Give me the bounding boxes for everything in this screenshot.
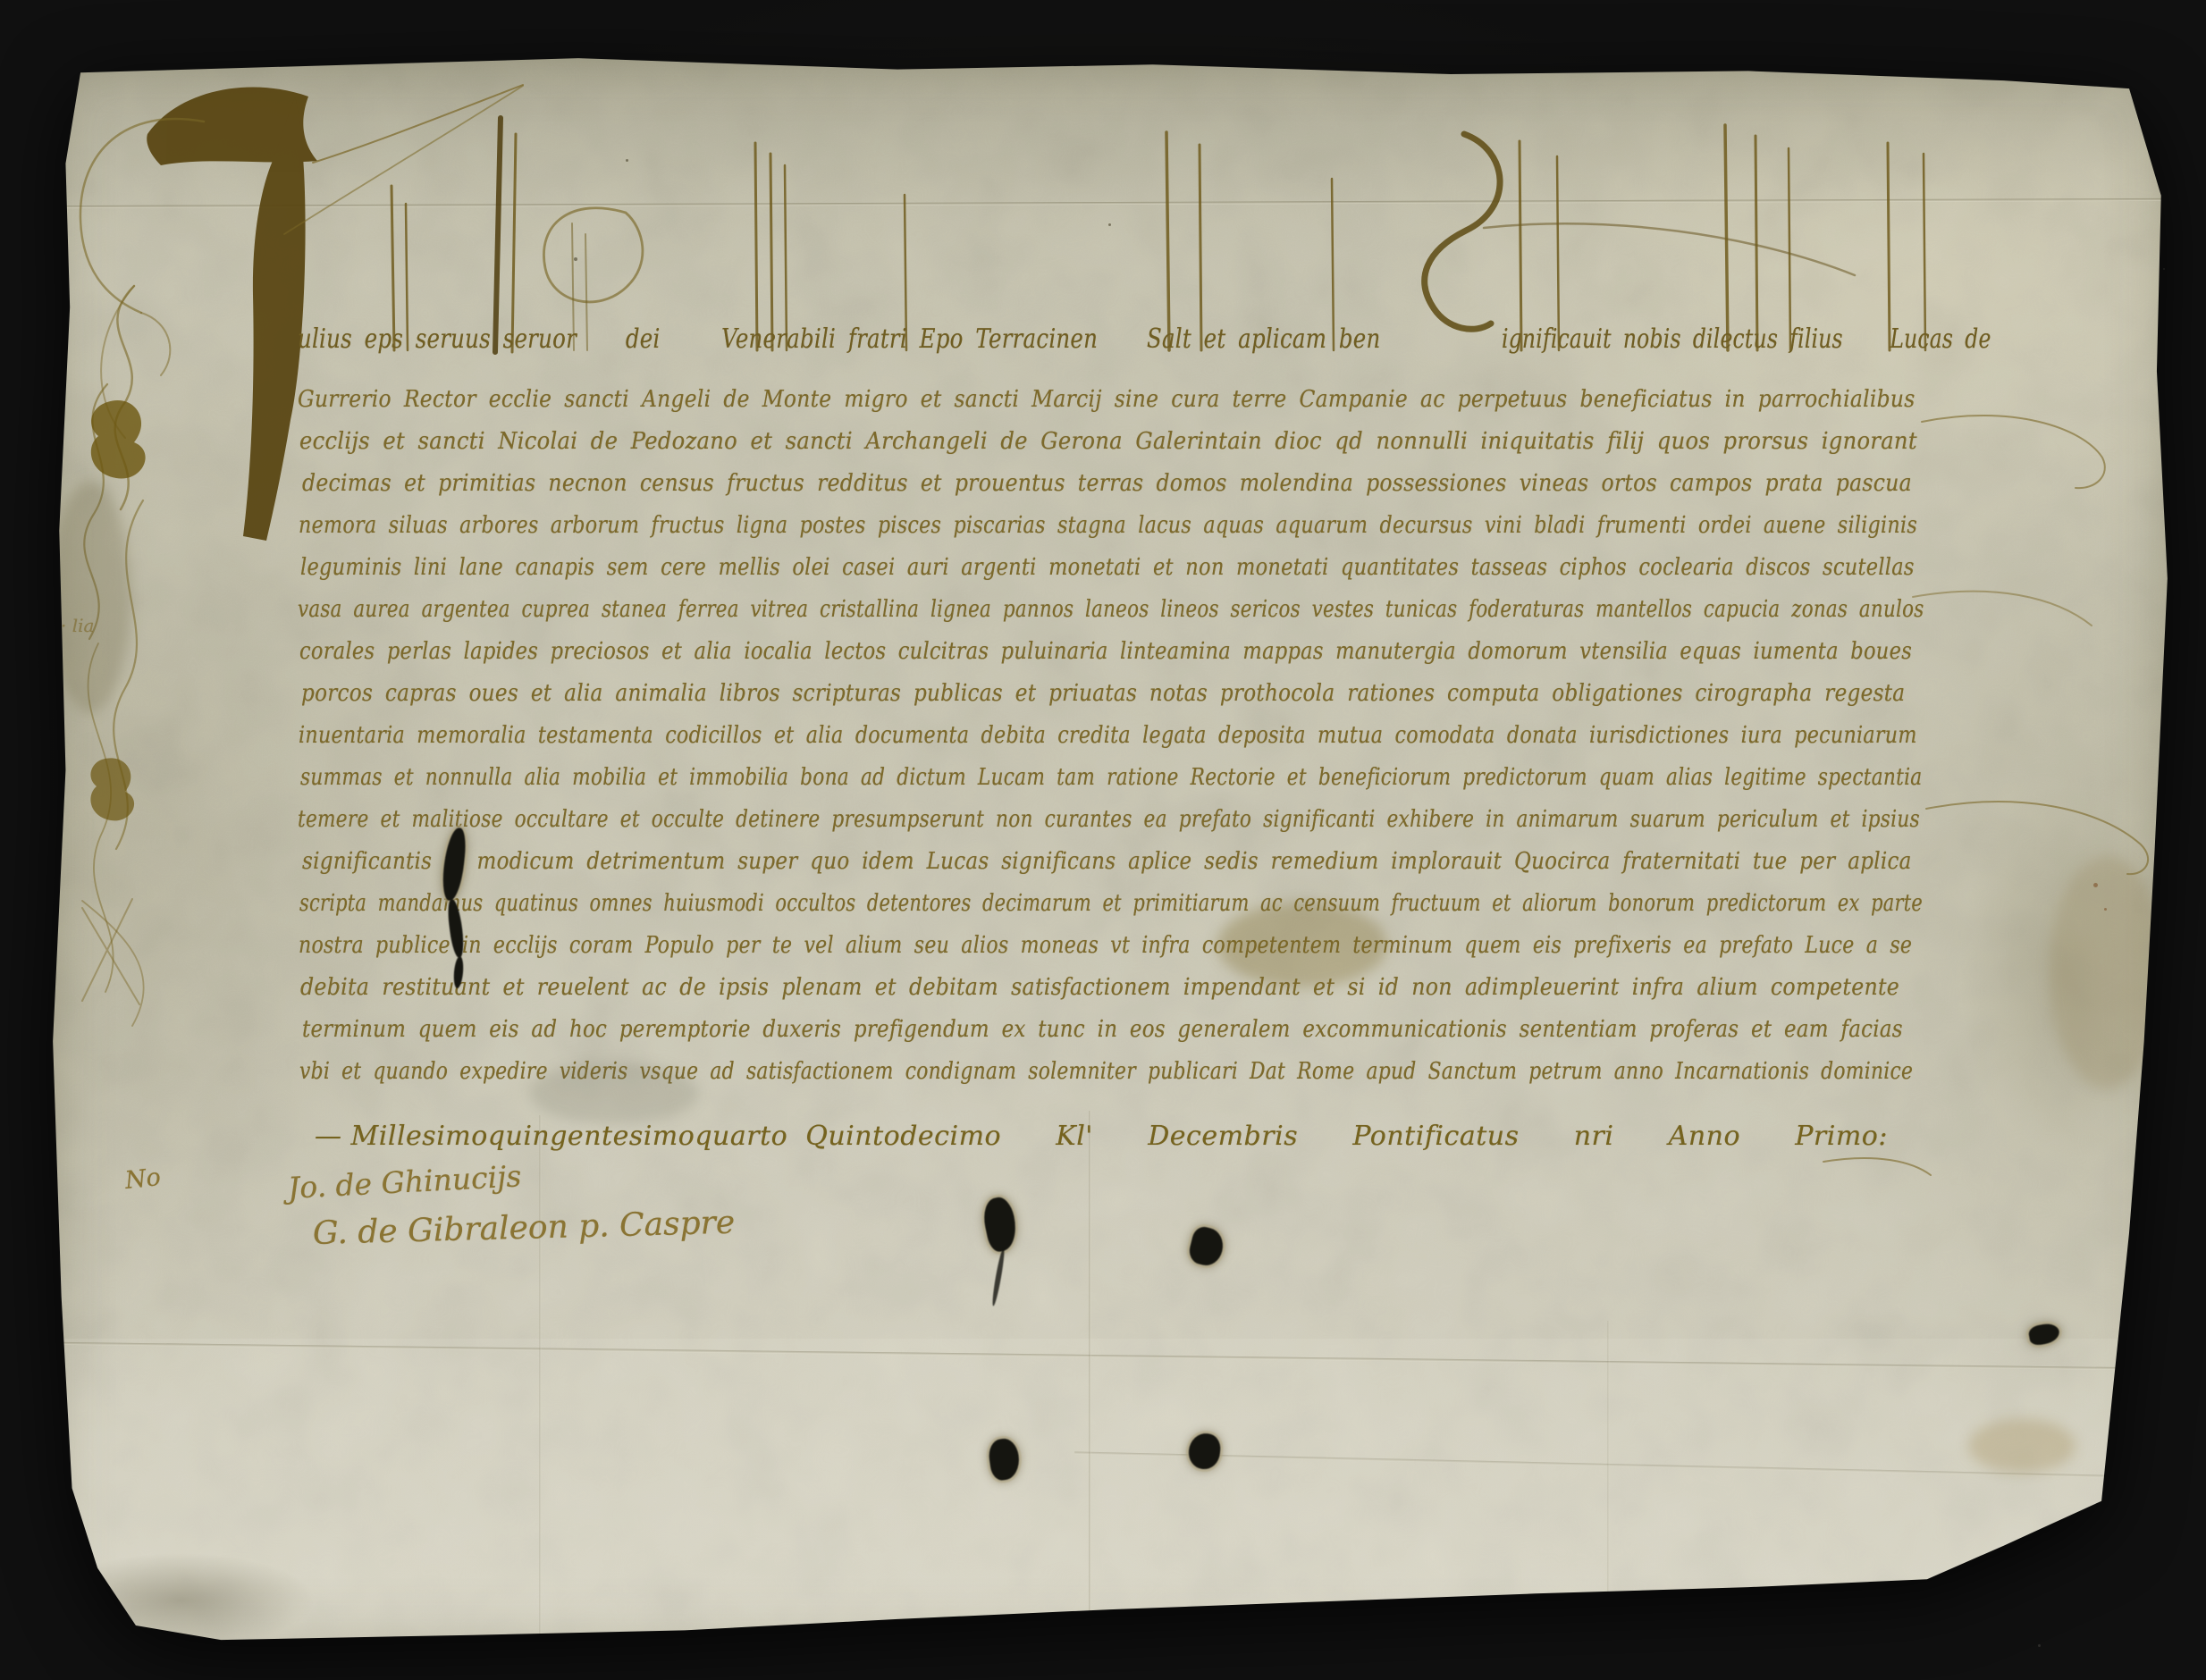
text-line: decimas et primitias necnon census fruct… (302, 470, 1912, 497)
vertical-fold-crease-right (1607, 1321, 1610, 1642)
text-line: scripta mandamus quatinus omnes huiusmod… (299, 890, 1923, 917)
text-line: debita restituant et reuelent ac de ipsi… (300, 974, 1899, 1001)
text-line: corales perlas lapides preciosos et alia… (299, 638, 1912, 665)
illuminated-initial (147, 87, 317, 541)
top-edge-shading (46, 52, 2174, 204)
text-line: vbi et quando expedire videris vsque ad … (299, 1058, 1913, 1085)
text-line: inuentaria memoralia testamenta codicill… (299, 722, 1917, 749)
ink-speck (1108, 223, 1111, 226)
opening-line-b: ignificauit nobis dilectus filius Lucas … (1502, 323, 1991, 355)
date-year: — Millesimoquingentesimoquarto Quintodec… (315, 1121, 1001, 1152)
text-line: nemora siluas arbores arborum fructus li… (299, 512, 1917, 539)
text-line: nostra publice in ecclijs coram Populo p… (299, 932, 1912, 959)
text-line: summas et nonnulla alia mobilia et immob… (300, 764, 1922, 791)
text-line: significantis in modicum detrimentum sup… (302, 848, 1912, 875)
ink-speck (626, 159, 628, 162)
plica-cord-hole (1186, 1224, 1226, 1268)
ink-speck (574, 257, 577, 261)
date-anno: Anno (1669, 1121, 1740, 1152)
horizontal-fold-crease-top (55, 198, 2165, 208)
rust-speck (2093, 883, 2098, 887)
text-line: terminum quem eis ad hoc peremptorie dux… (302, 1016, 1903, 1043)
scriptor-signature-2: G. de Gibraleon p. Caspre (312, 1205, 735, 1252)
scriptor-signature-1: Jo. de Ghinucijs (287, 1158, 522, 1205)
text-line: vasa aurea argentea cuprea stanea ferrea… (298, 596, 1924, 623)
opening-line-a: ulius eps seruus seruor dei Venerabili f… (298, 323, 1380, 355)
text-line: leguminis lini lane canapis sem cere mel… (300, 554, 1915, 581)
foxing-patch (2049, 856, 2165, 1088)
date-kalends: Kl' (1056, 1121, 1093, 1152)
margin-note: · lia (61, 615, 94, 636)
text-line: temere et malitiose occultare et occulte… (298, 806, 1920, 833)
date-month: Decembris (1148, 1121, 1298, 1152)
right-margin-shading (1959, 785, 2174, 1160)
vertical-fold-crease-center (1089, 1111, 1091, 1647)
bottom-left-corner-shadow (46, 1553, 315, 1648)
horizontal-fold-crease-plica (54, 1342, 2136, 1370)
text-line: Gurrerio Rector ecclie sancti Angeli de … (298, 386, 1916, 413)
vertical-fold-crease-left (539, 1115, 542, 1642)
dating-clause: — Millesimoquingentesimoquarto Quintodec… (315, 1121, 1888, 1152)
rust-speck (2104, 908, 2107, 911)
bottom-right-stain (1968, 1419, 2075, 1473)
date-primo: Primo: (1795, 1121, 1888, 1152)
plica-cord-hole (1187, 1432, 1222, 1470)
horizontal-fold-crease-bottom (1074, 1451, 2147, 1478)
parchment-sheet: ulius eps seruus seruor dei Venerabili f… (46, 52, 2174, 1648)
ascender-strokes (392, 118, 1925, 352)
text-line: ecclijs et sancti Nicolai de Pedozano et… (299, 428, 1917, 455)
edge-hole (2027, 1322, 2060, 1347)
plica-cord-hole-tail (990, 1247, 1006, 1306)
tall-letter-S (1425, 134, 1855, 329)
plica-cord-hole (980, 1195, 1021, 1254)
plica-cord-hole (987, 1437, 1022, 1482)
date-nri: nri (1574, 1121, 1614, 1152)
photograph-of-parchment-charter: ulius eps seruus seruor dei Venerabili f… (0, 0, 2206, 1680)
registration-mark: No (123, 1163, 162, 1195)
date-pontificate: Pontificatus (1352, 1121, 1519, 1152)
plica-band-highlight (46, 1339, 2174, 1648)
text-line: porcos capras oues et alia animalia libr… (301, 680, 1905, 707)
parchment-wrapper: ulius eps seruus seruor dei Venerabili f… (0, 0, 2206, 1680)
left-edge-stain (50, 481, 131, 713)
